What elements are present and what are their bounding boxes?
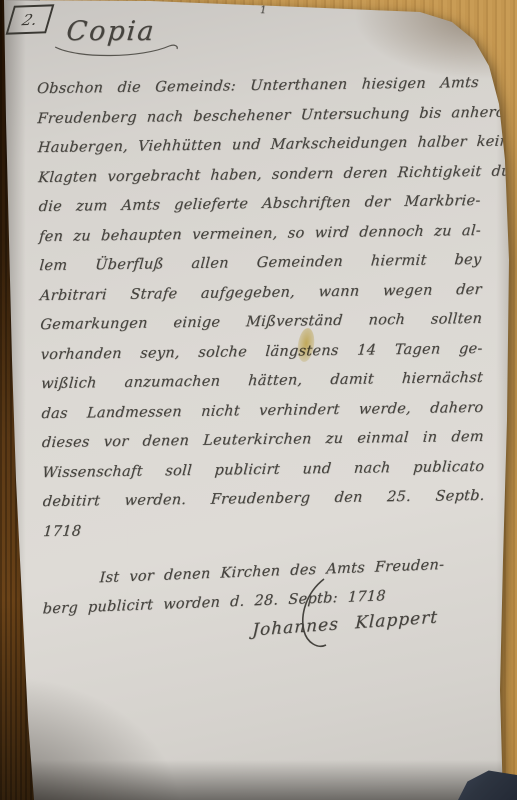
photo-of-document: 2. 1 Copia Obschon die Gemeinds: Unterth… (0, 0, 517, 800)
top-edge-mark: 1 (260, 5, 266, 16)
heading-text: Copia (65, 16, 157, 47)
body-line-year: 1718 (42, 511, 486, 547)
body-text: Obschon die Gemeinds: Unterthanen hiesig… (37, 69, 486, 547)
page-number-box: 2. (6, 4, 55, 34)
paper-shadow-wrapper: 2. 1 Copia Obschon die Gemeinds: Unterth… (0, 0, 517, 800)
copia-heading: Copia (64, 16, 184, 59)
page-number: 2. (20, 10, 40, 28)
signature-flourish (296, 575, 330, 653)
manuscript-page: 2. 1 Copia Obschon die Gemeinds: Unterth… (0, 0, 517, 800)
